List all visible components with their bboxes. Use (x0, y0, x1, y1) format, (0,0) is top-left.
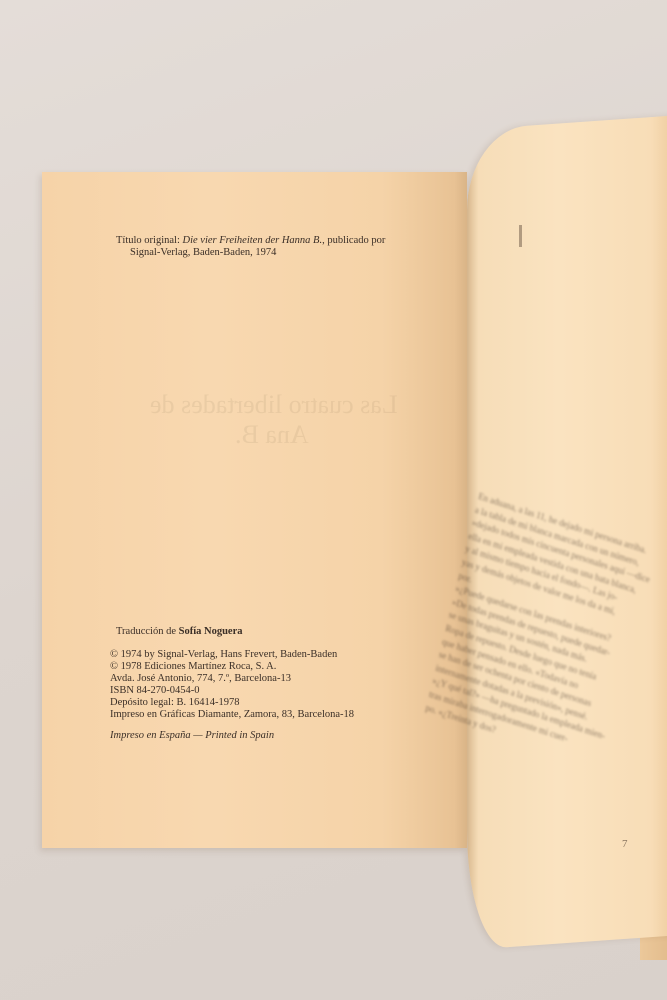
left-page-copyright (42, 172, 467, 848)
original-title-line-2: Signal-Verlag, Baden-Baden, 1974 (130, 247, 276, 260)
chapter-number (519, 225, 522, 247)
original-title-suffix: , publicado por (322, 235, 385, 246)
printer: Impreso en Gráficas Diamante, Zamora, 83… (110, 709, 354, 722)
translator-name: Sofía Noguera (179, 626, 243, 637)
original-title-italic: Die vier Freiheiten der Hanna B. (183, 235, 323, 246)
copyright-line: © 1974 by Signal-Verlag, Hans Frevert, B… (110, 649, 337, 662)
printed-in-spain: Impreso en España — Printed in Spain (110, 730, 274, 743)
page-number: 7 (622, 838, 628, 850)
copyright-line: © 1978 Ediciones Martínez Roca, S. A. (110, 661, 276, 674)
show-through-title-2: Ana B. (235, 420, 309, 450)
original-title-label: Título original: (116, 235, 183, 246)
isbn: ISBN 84-270-0454-0 (110, 685, 200, 698)
legal-deposit: Depósito legal: B. 16414-1978 (110, 697, 240, 710)
translation-credit: Traducción de Sofía Noguera (116, 626, 242, 639)
translation-prefix: Traducción de (116, 626, 179, 637)
publisher-address: Avda. José Antonio, 774, 7.º, Barcelona-… (110, 673, 291, 686)
original-title-line-1: Título original: Die vier Freiheiten der… (116, 235, 385, 248)
show-through-title-1: Las cuatro libertades de (150, 390, 398, 420)
